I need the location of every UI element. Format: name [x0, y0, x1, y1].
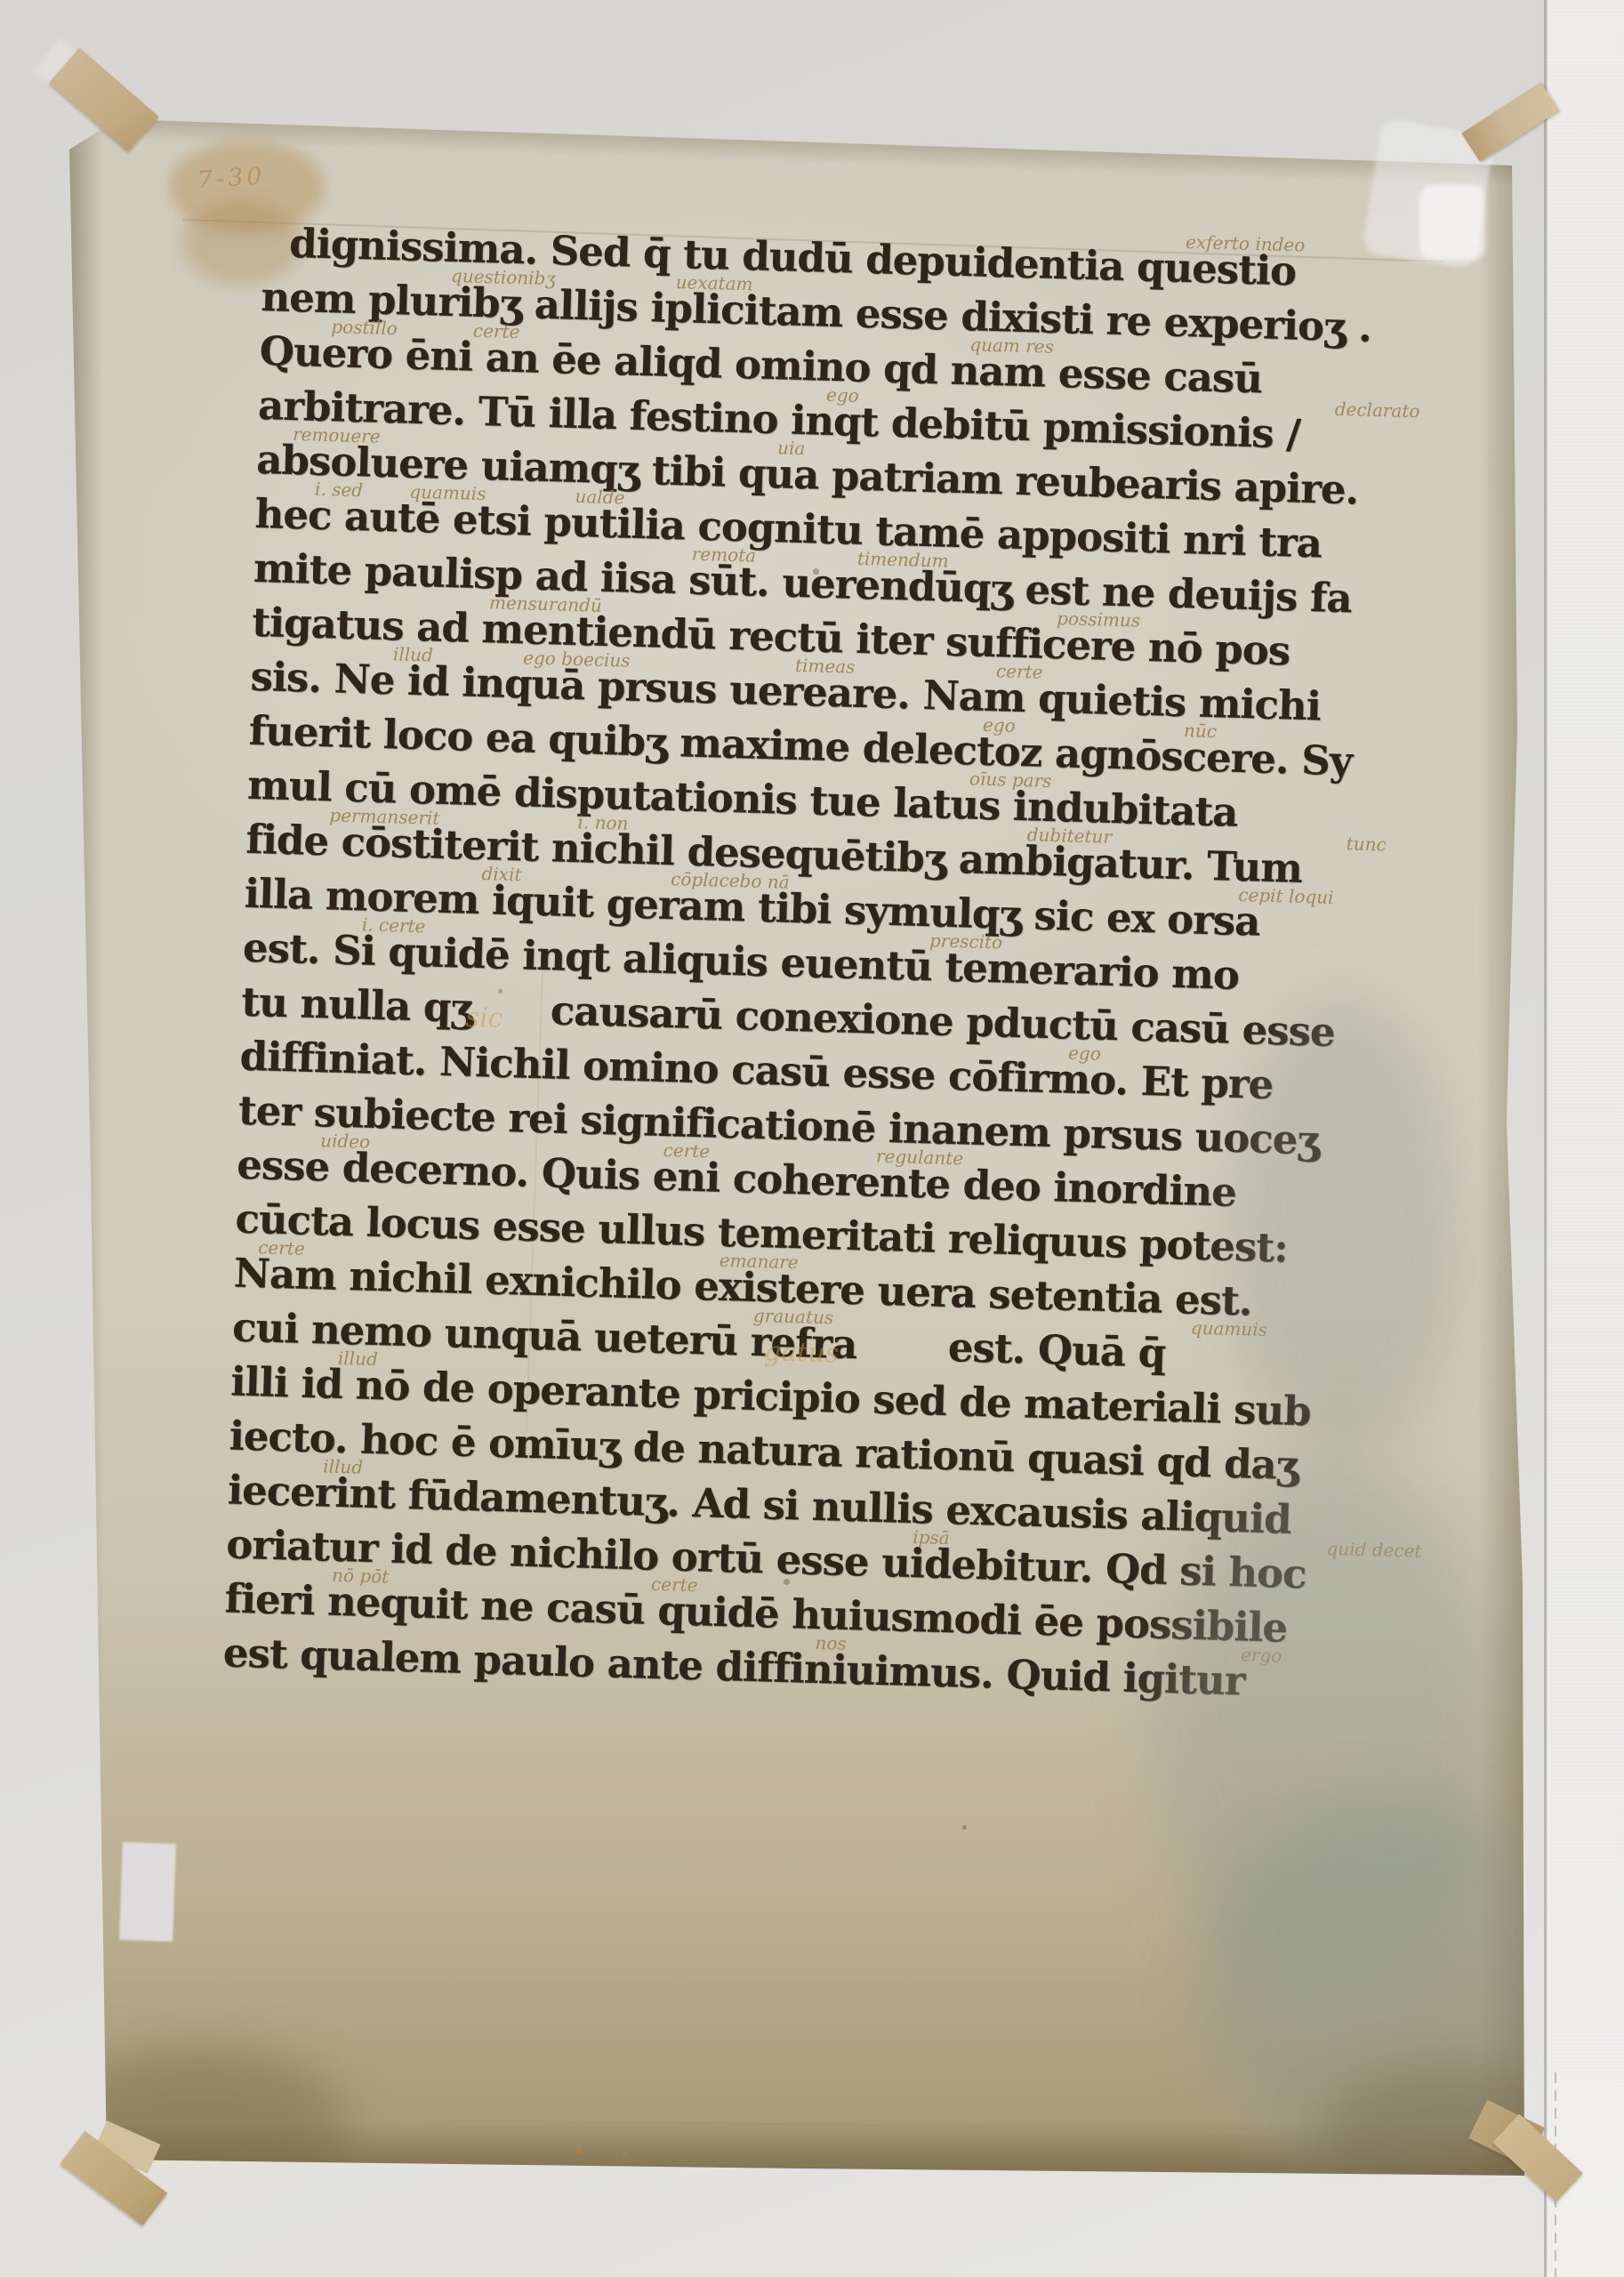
- interlinear-gloss: dubitetur: [1026, 824, 1112, 848]
- interlinear-gloss: uideo: [320, 1130, 371, 1153]
- interlinear-gloss: grauatus: [753, 1305, 834, 1329]
- interlinear-gloss: oīus pars: [969, 768, 1052, 792]
- interlinear-gloss: declarato: [1334, 398, 1419, 422]
- manuscript-leaf: 7-30 dignissima. Sed q̄ tu dudū depuide…: [0, 0, 1624, 2277]
- photograph-background-mat: 7-30 dignissima. Sed q̄ tu dudū depuide…: [0, 0, 1624, 2277]
- interlinear-gloss: certe: [663, 1139, 710, 1162]
- white-sticker-residue: [119, 1842, 176, 1942]
- interlinear-gloss: nos: [815, 1632, 847, 1654]
- interlinear-gloss: i. non: [577, 811, 629, 834]
- interlinear-gloss: nō pōt: [332, 1565, 390, 1588]
- interlinear-gloss: remouere: [293, 423, 381, 447]
- green-gray-stain: [1227, 996, 1459, 1459]
- interlinear-gloss: dixit: [481, 863, 522, 885]
- interlinear-gloss: regulante: [876, 1146, 964, 1170]
- interlinear-gloss: illud: [393, 643, 434, 665]
- interlinear-gloss: certe: [651, 1573, 698, 1596]
- interlinear-gloss: uexatam: [675, 271, 752, 294]
- interlinear-gloss: illud: [338, 1348, 379, 1370]
- interlinear-gloss: remota: [691, 543, 756, 567]
- interlinear-gloss: mensurandū: [489, 591, 602, 616]
- interlinear-gloss: ualde: [575, 486, 624, 509]
- interlinear-gloss: ego: [1068, 1042, 1101, 1065]
- interlinear-gloss: tunc: [1346, 833, 1387, 855]
- interlinear-gloss: i. sed: [315, 479, 364, 501]
- interlinear-gloss: emanare: [719, 1250, 799, 1273]
- interlinear-gloss: permanserit: [329, 804, 440, 828]
- interlinear-gloss: certe: [996, 660, 1043, 682]
- mat-right-panel: [1548, 0, 1624, 2277]
- interlinear-gloss: sic: [465, 1002, 503, 1034]
- interlinear-gloss: ego: [826, 384, 859, 406]
- interlinear-gloss: prescito: [929, 929, 1003, 953]
- interlinear-gloss: certe: [473, 320, 520, 342]
- interlinear-gloss: exferto indeo: [1186, 231, 1306, 256]
- adhesive-shine-patch: [1419, 185, 1485, 260]
- interlinear-gloss: timendum: [857, 548, 949, 572]
- interlinear-gloss: quam res: [969, 334, 1054, 358]
- interlinear-gloss: possimus: [1057, 607, 1141, 632]
- interlinear-gloss: cōplacebo nā: [671, 868, 790, 893]
- interlinear-gloss: postillo: [331, 316, 398, 339]
- interlinear-gloss: i. certe: [362, 913, 426, 937]
- interlinear-gloss: ego boecius: [523, 647, 631, 671]
- interlinear-gloss: ipsā: [912, 1526, 950, 1549]
- interlinear-gloss: ego: [983, 714, 1016, 736]
- interlinear-gloss: certe: [258, 1236, 305, 1259]
- interlinear-gloss: gatus: [764, 1336, 840, 1369]
- interlinear-gloss: questionibʒ: [451, 265, 556, 289]
- interlinear-gloss: timeas: [795, 655, 856, 678]
- interlinear-gloss: cepit loqui: [1238, 884, 1334, 908]
- interlinear-gloss: uia: [777, 437, 806, 459]
- interlinear-gloss: nūc: [1184, 720, 1218, 742]
- ink-speckles: [0, 0, 4, 4]
- mat-fold-seam: [1544, 0, 1547, 2277]
- interlinear-gloss: quamuis: [409, 481, 486, 504]
- interlinear-gloss: illud: [323, 1455, 364, 1477]
- leaf-left-edge-shading: [66, 116, 103, 2170]
